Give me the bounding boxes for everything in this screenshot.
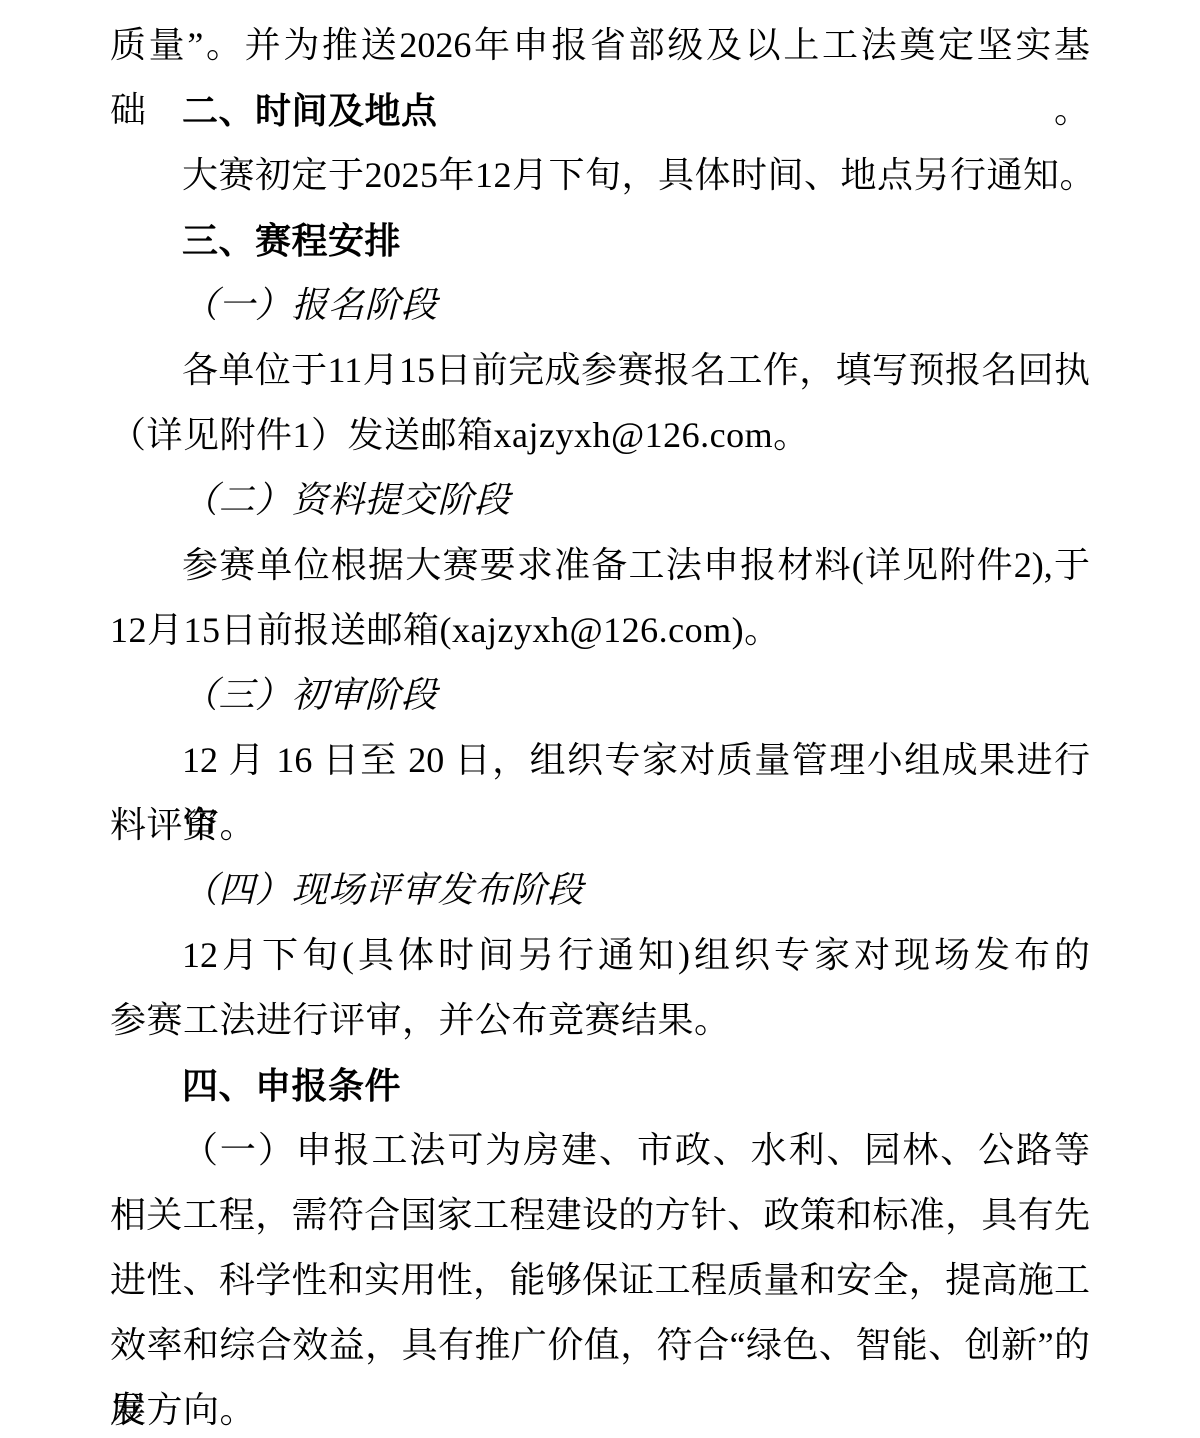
paragraph-line: 效率和综合效益，具有推广价值，符合“绿色、智能、创新”的发: [110, 1313, 1090, 1378]
paragraph-line: 参赛单位根据大赛要求准备工法申报材料(详见附件2),于: [110, 533, 1090, 598]
paragraph-line: 相关工程，需符合国家工程建设的方针、政策和标准，具有先: [110, 1183, 1090, 1248]
paragraph-continuation-line: 质量”。并为推送2026年申报省部级及以上工法奠定坚实基础。: [110, 13, 1090, 78]
paragraph-line: 各单位于11月15日前完成参赛报名工作，填写预报名回执: [110, 338, 1090, 403]
paragraph-line: 12 月 16 日至 20 日，组织专家对质量管理小组成果进行资: [110, 728, 1090, 793]
section-heading-conditions: 四、申报条件: [110, 1053, 1090, 1118]
subsection-heading-submit: （二）资料提交阶段: [110, 468, 1090, 533]
document-page: 质量”。并为推送2026年申报省部级及以上工法奠定坚实基础。 二、时间及地点 大…: [0, 0, 1200, 1438]
paragraph-line-email: （详见附件1）发送邮箱xajzyxh@126.com。: [110, 403, 1090, 468]
paragraph-line: 进性、科学性和实用性，能够保证工程质量和安全，提高施工: [110, 1248, 1090, 1313]
paragraph-line: 大赛初定于2025年12月下旬，具体时间、地点另行通知。: [110, 143, 1090, 208]
paragraph-line: 料评审。: [110, 793, 1090, 858]
section-heading-schedule: 三、赛程安排: [110, 208, 1090, 273]
subsection-heading-signup: （一）报名阶段: [110, 273, 1090, 338]
paragraph-line: 参赛工法进行评审，并公布竞赛结果。: [110, 988, 1090, 1053]
subsection-heading-onsite: （四）现场评审发布阶段: [110, 858, 1090, 923]
paragraph-line-email: 12月15日前报送邮箱(xajzyxh@126.com)。: [110, 598, 1090, 663]
paragraph-line: 12月下旬(具体时间另行通知)组织专家对现场发布的: [110, 923, 1090, 988]
paragraph-line: 展方向。: [110, 1378, 1090, 1438]
subsection-heading-review: （三）初审阶段: [110, 663, 1090, 728]
paragraph-line: （一）申报工法可为房建、市政、水利、园林、公路等: [110, 1118, 1090, 1183]
